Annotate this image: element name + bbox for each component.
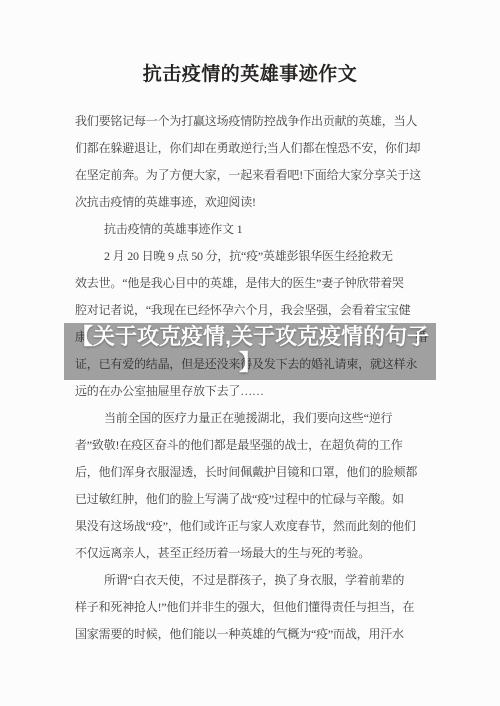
- article-line: 者”致敬!在疫区奋斗的他们都是最坚强的战士，在超负荷的工作: [75, 432, 427, 459]
- article-line: 腔对记者说，“我现在已经怀孕六个月，我会坚强，会看着宝宝健: [75, 297, 427, 324]
- page-title: 抗击疫情的英雄事迹作文: [0, 59, 500, 86]
- overlay-link-text-line1: 【关于攻克疫情,关于攻克疫情的句子: [71, 324, 429, 350]
- related-article-link-overlay[interactable]: 【关于攻克疫情,关于攻克疫情的句子 】: [64, 323, 436, 380]
- article-line: 2 月 20 日晚 9 点 50 分，抗“疫”英雄彭银华医生经抢救无: [75, 243, 427, 270]
- article-subtitle-line: 抗击疫情的英雄事迹作文 1: [75, 216, 427, 243]
- overlay-link-text-line2: 】: [239, 350, 261, 376]
- article-line: 我们要铭记每一个为打赢这场疫情防控战争作出贡献的英雄，当人: [75, 108, 427, 135]
- article-line: 果没有这场战“疫”，他们或许正与家人欢度春节，然而此刻的他们: [75, 513, 427, 540]
- article-line: 在坚定前奔。为了方便大家，一起来看看吧!下面给大家分享关于这: [75, 162, 427, 189]
- article-line: 国家需要的时候，他们能以一种英雄的气概为“疫”而战，用汗水: [75, 621, 427, 648]
- article-line: 效去世。“他是我心目中的英雄，是伟大的医生”妻子钟欣带着哭: [75, 270, 427, 297]
- article-line: 后，他们浑身衣服湿透，长时间佩戴护目镜和口罩，他们的脸颊都: [75, 459, 427, 486]
- article-line: 所谓“白衣天使，不过是群孩子，换了身衣服，学着前辈的: [75, 567, 427, 594]
- document-page: 抗击疫情的英雄事迹作文 我们要铭记每一个为打赢这场疫情防控战争作出贡献的英雄，当…: [0, 0, 500, 706]
- article-line: 不仅远离亲人，甚至正经历着一场最大的生与死的考验。: [75, 540, 427, 567]
- article-line: 当前全国的医疗力量正在驰援湖北，我们要向这些“逆行: [75, 405, 427, 432]
- article-line: 远的在办公室抽屉里存放下去了……: [75, 378, 427, 405]
- article-line: 已过敏红肿，他们的脸上写满了战“疫”过程中的忙碌与辛酸。如: [75, 486, 427, 513]
- article-line: 次抗击疫情的英雄事迹，欢迎阅读!: [75, 189, 427, 216]
- article-line: 样子和死神抢人!”他们并非生的强大，但他们懂得责任与担当，在: [75, 594, 427, 621]
- article-line: 们都在躲避退让，你们却在勇敢逆行;当人们都在惶恐不安，你们却: [75, 135, 427, 162]
